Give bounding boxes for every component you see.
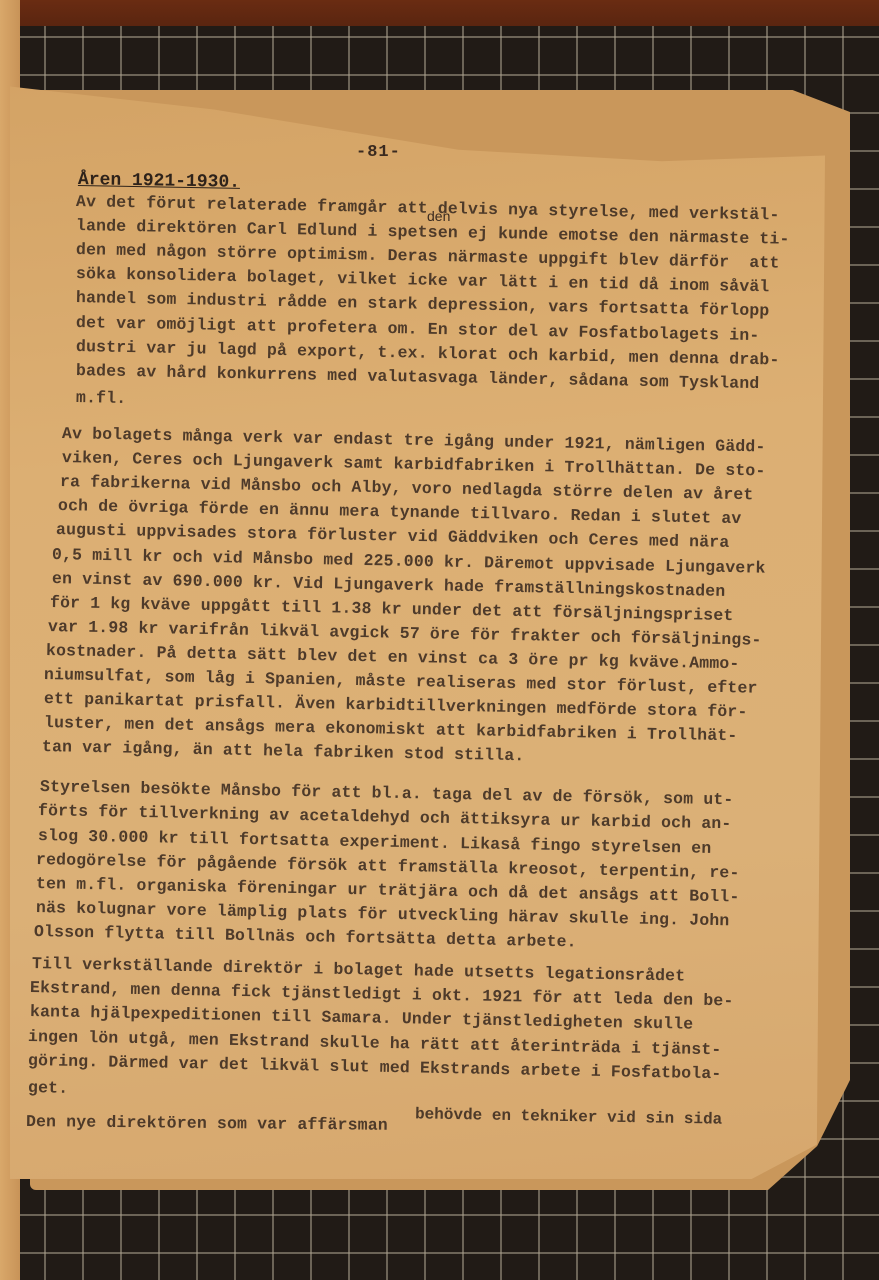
inserted-text: behövde en tekniker vid sin sida — [415, 1105, 723, 1128]
section-heading: Åren 1921-1930. — [78, 170, 240, 193]
page-number: -81- — [356, 143, 401, 162]
text-line: Den nye direktören som var affärsman — [26, 1112, 388, 1135]
page-text-layer: -81- Åren 1921-1930. den Av det förut re… — [0, 0, 879, 1280]
text-line: tan var igång, än att hela fabriken stod… — [42, 737, 525, 765]
text-line: Olsson flytta till Bollnäs och fortsätta… — [34, 922, 577, 951]
text-line: get. — [28, 1078, 69, 1098]
text-line: m.fl. — [76, 388, 127, 408]
